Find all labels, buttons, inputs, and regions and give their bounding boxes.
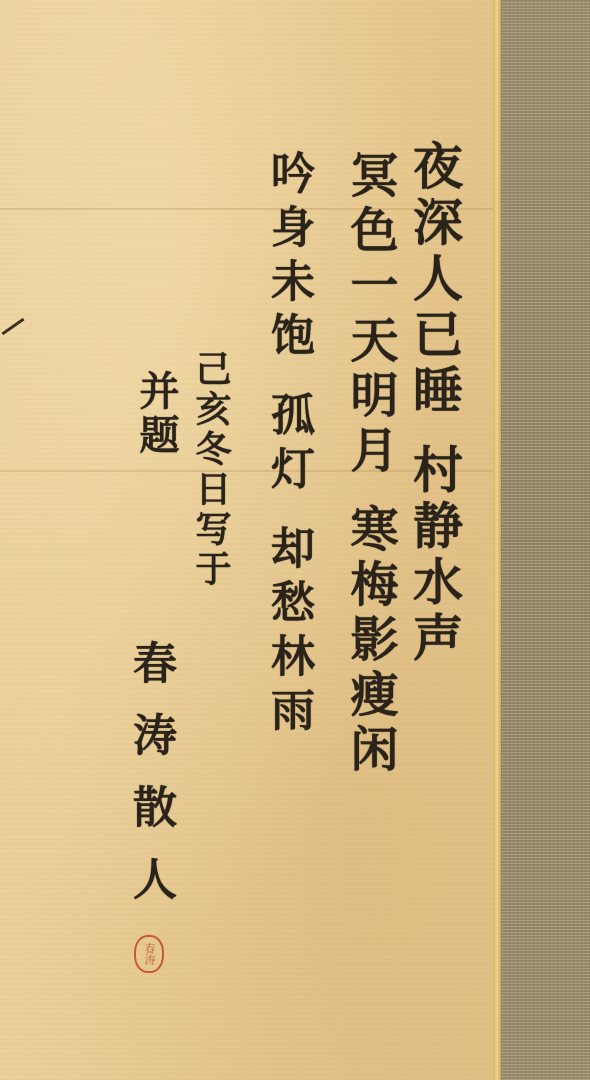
- red-seal-stamp: 春涛: [134, 935, 164, 973]
- calligraphy-column-3: 吟身未饱 孤灯 却愁林雨: [256, 150, 320, 741]
- calligraphy-column-2: 冥色一天明月 寒梅影瘦闲: [336, 150, 405, 779]
- calligraphy-column-1: 夜深人已睡 村静水声: [398, 140, 470, 667]
- calligraphy-inscription-date: 己亥冬日写于: [186, 350, 237, 590]
- calligraphy-inscription-note: 并题: [128, 370, 185, 458]
- calligraphy-signature: 春涛散人: [118, 640, 182, 928]
- scroll-gold-edge: [493, 0, 501, 1080]
- silk-mounting-border: [501, 0, 590, 1080]
